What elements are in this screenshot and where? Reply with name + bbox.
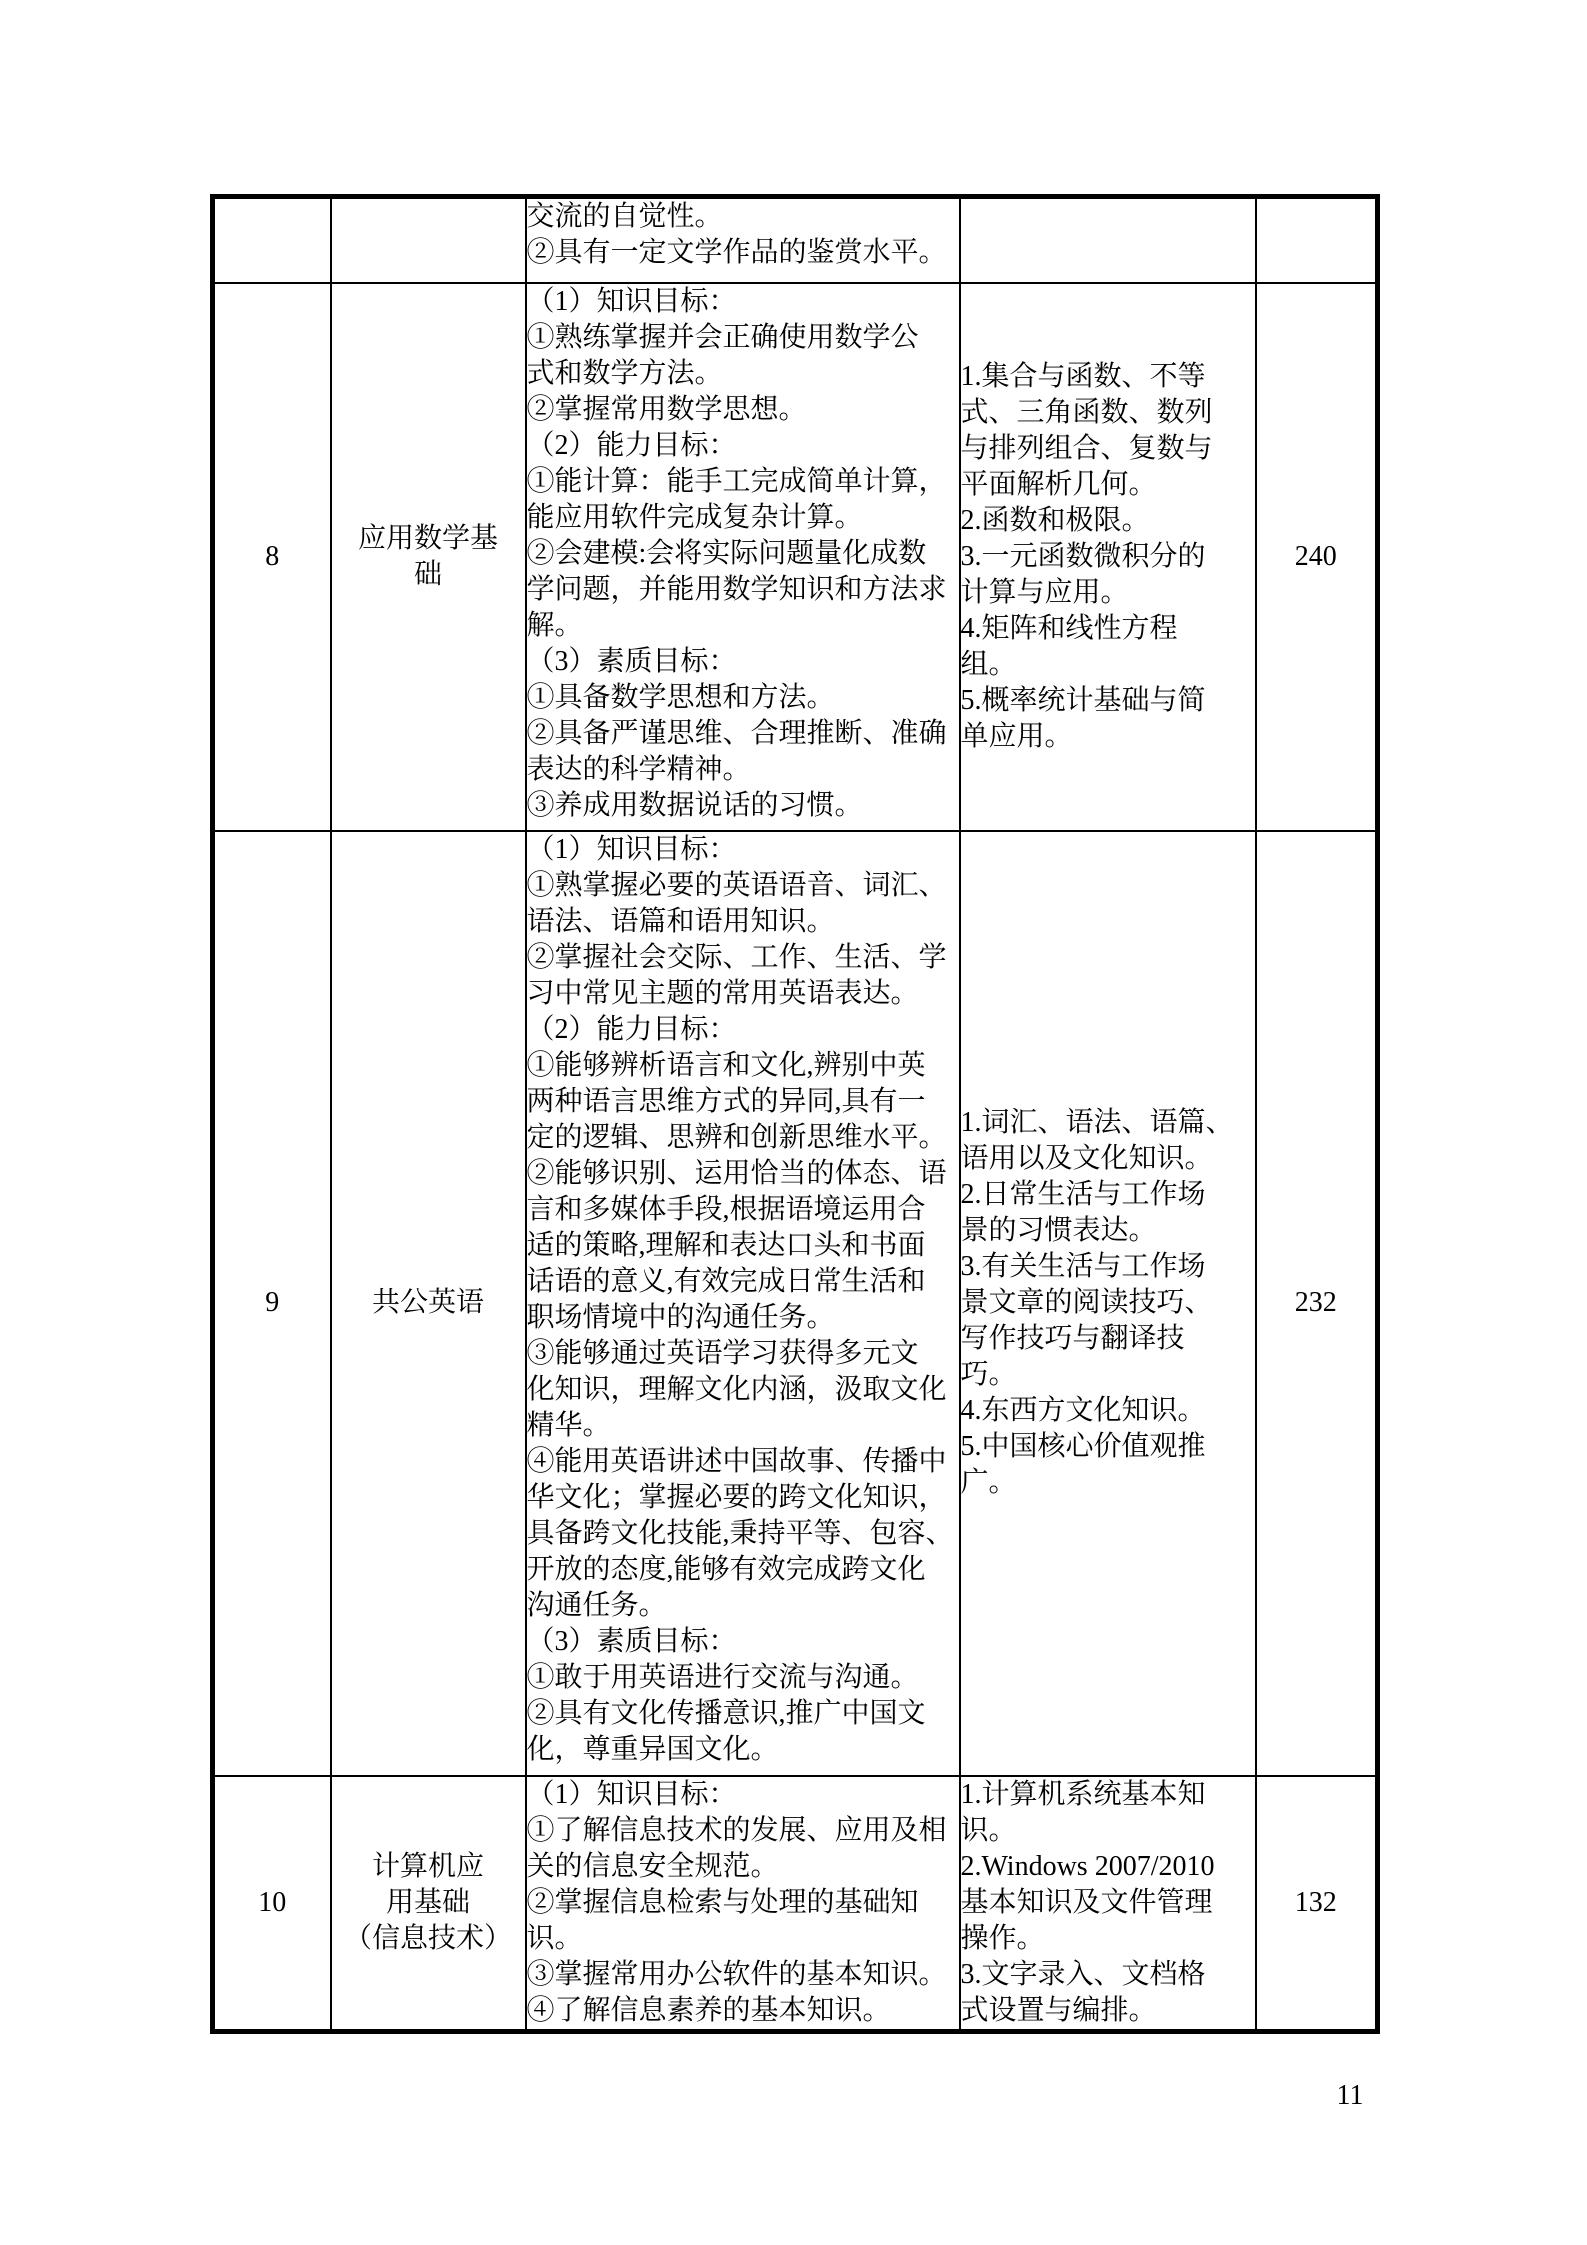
hours-cell: 240 [1256, 283, 1378, 831]
table-row-continuation: 交流的自觉性。 ②具有一定文学作品的鉴赏水平。 [213, 197, 1378, 283]
course-name-cell: 应用数学基 础 [331, 283, 526, 831]
objectives-cell: 交流的自觉性。 ②具有一定文学作品的鉴赏水平。 [526, 197, 960, 283]
content-cell [960, 197, 1256, 283]
hours-cell: 232 [1256, 831, 1378, 1776]
course-name-cell [331, 197, 526, 283]
course-name-cell: 共公英语 [331, 831, 526, 1776]
course-table: 交流的自觉性。 ②具有一定文学作品的鉴赏水平。 8 应用数学基 础 （1）知识目… [210, 194, 1380, 2034]
table-row: 8 应用数学基 础 （1）知识目标： ①熟练掌握并会正确使用数学公 式和数学方法… [213, 283, 1378, 831]
content-cell: 1.集合与函数、不等 式、三角函数、数列 与排列组合、复数与 平面解析几何。 2… [960, 283, 1256, 831]
content-cell: 1.词汇、语法、语篇、 语用以及文化知识。 2.日常生活与工作场 景的习惯表达。… [960, 831, 1256, 1776]
objectives-cell: （1）知识目标： ①了解信息技术的发展、应用及相 关的信息安全规范。 ②掌握信息… [526, 1776, 960, 2032]
row-number-cell [213, 197, 331, 283]
objectives-cell: （1）知识目标： ①熟练掌握并会正确使用数学公 式和数学方法。 ②掌握常用数学思… [526, 283, 960, 831]
course-name-cell: 计算机应 用基础 （信息技术） [331, 1776, 526, 2032]
row-number-cell: 8 [213, 283, 331, 831]
hours-cell [1256, 197, 1378, 283]
table-row: 9 共公英语 （1）知识目标： ①熟掌握必要的英语语音、词汇、 语法、语篇和语用… [213, 831, 1378, 1776]
content-cell: 1.计算机系统基本知 识。 2.Windows 2007/2010 基本知识及文… [960, 1776, 1256, 2032]
row-number-cell: 10 [213, 1776, 331, 2032]
table-row: 10 计算机应 用基础 （信息技术） （1）知识目标： ①了解信息技术的发展、应… [213, 1776, 1378, 2032]
document-page: { "page_number": "11", "table": { "conti… [0, 0, 1587, 2245]
row-number-cell: 9 [213, 831, 331, 1776]
hours-cell: 132 [1256, 1776, 1378, 2032]
objectives-cell: （1）知识目标： ①熟掌握必要的英语语音、词汇、 语法、语篇和语用知识。 ②掌握… [526, 831, 960, 1776]
page-number: 11 [1330, 2078, 1370, 2114]
